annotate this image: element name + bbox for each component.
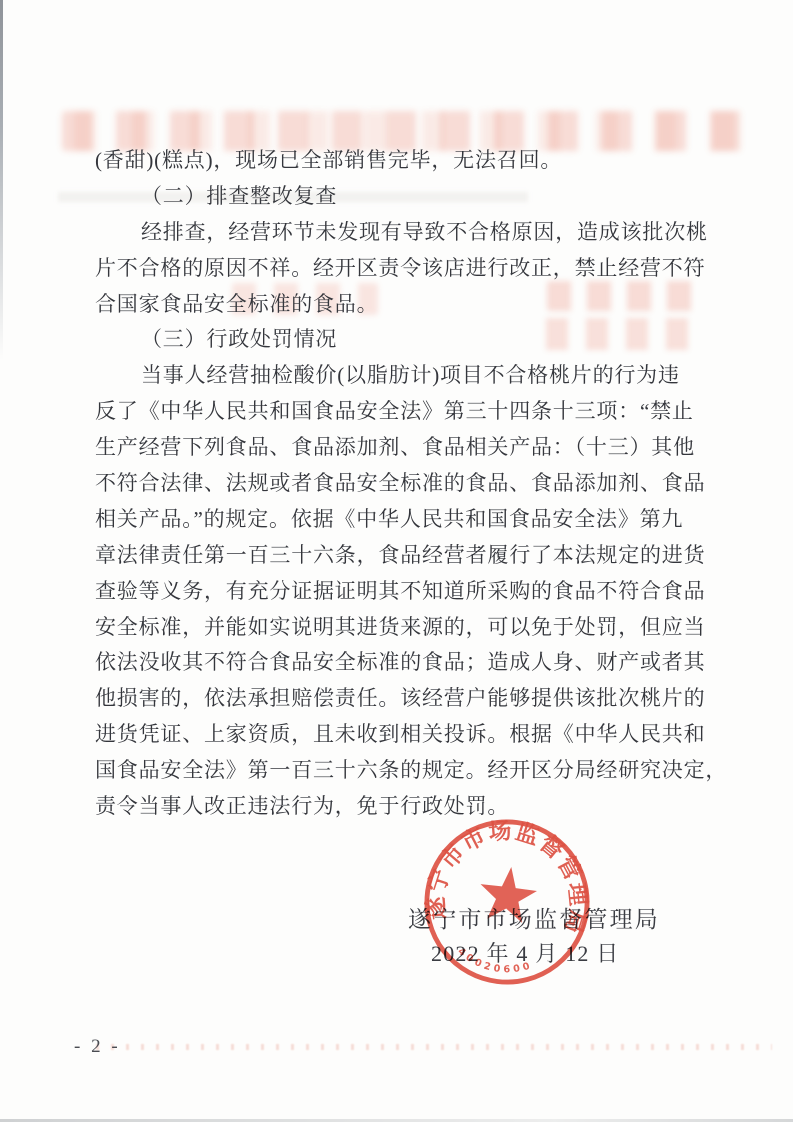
star-icon: [476, 864, 539, 925]
document-line: 当事人经营抽检酸价(以脂肪计)项目不合格桃片的行为违: [95, 358, 743, 394]
section-heading-3: （三）行政处罚情况: [95, 322, 743, 358]
document-line: 国食品安全法》第一百三十六条的规定。经开区分局经研究决定，: [95, 753, 743, 789]
page-number: - 2 -: [74, 1036, 121, 1058]
document-line: 不符合法律、法规或者食品安全标准的食品、食品添加剂、食品: [95, 466, 743, 502]
document-line: 合国家食品安全标准的食品。: [95, 287, 743, 323]
document-line: (香甜)(糕点)，现场已全部销售完毕，无法召回。: [95, 143, 743, 179]
document-line: 相关产品。”的规定。依据《中华人民共和国食品安全法》第九: [95, 502, 743, 538]
document-line: 反了《中华人民共和国食品安全法》第三十四条十三项：“禁止: [95, 394, 743, 430]
official-seal-stamp: 遂宁市市场监督管理局 40020600: [409, 804, 605, 1000]
document-line: 责令当事人改正违法行为，免于行政处罚。: [95, 789, 743, 825]
document-line: 查验等义务，有充分证据证明其不知道所采购的食品不符合食品: [95, 574, 743, 610]
document-line: 生产经营下列食品、食品添加剂、食品相关产品：（十三）其他: [95, 430, 743, 466]
document-line: 进货凭证、上家资质，且未收到相关投诉。根据《中华人民共和: [95, 717, 743, 753]
document-line: 依法没收其不符合食品安全标准的食品；造成人身、财产或者其: [95, 645, 743, 681]
seal-serial-number: 40020600: [454, 945, 537, 979]
document-line: 章法律责任第一百三十六条，食品经营者履行了本法规定的进货: [95, 538, 743, 574]
scan-edge-left: [0, 0, 3, 360]
document-line: 片不合格的原因不祥。经开区责令该店进行改正，禁止经营不符: [95, 251, 743, 287]
section-heading-2: （二）排查整改复查: [95, 179, 743, 215]
document-line: 安全标准，并能如实说明其进货来源的，可以免于处罚，但应当: [95, 610, 743, 646]
ink-bleed-artifact-bottom-line: [96, 1044, 772, 1050]
document-body: (香甜)(糕点)，现场已全部销售完毕，无法召回。 （二）排查整改复查 经排查，经…: [95, 143, 743, 825]
document-line: 经排查，经营环节未发现有导致不合格原因，造成该批次桃: [95, 215, 743, 251]
document-page: (香甜)(糕点)，现场已全部销售完毕，无法召回。 （二）排查整改复查 经排查，经…: [0, 0, 793, 1122]
document-line: 他损害的，依法承担赔偿责任。该经营户能够提供该批次桃片的: [95, 681, 743, 717]
